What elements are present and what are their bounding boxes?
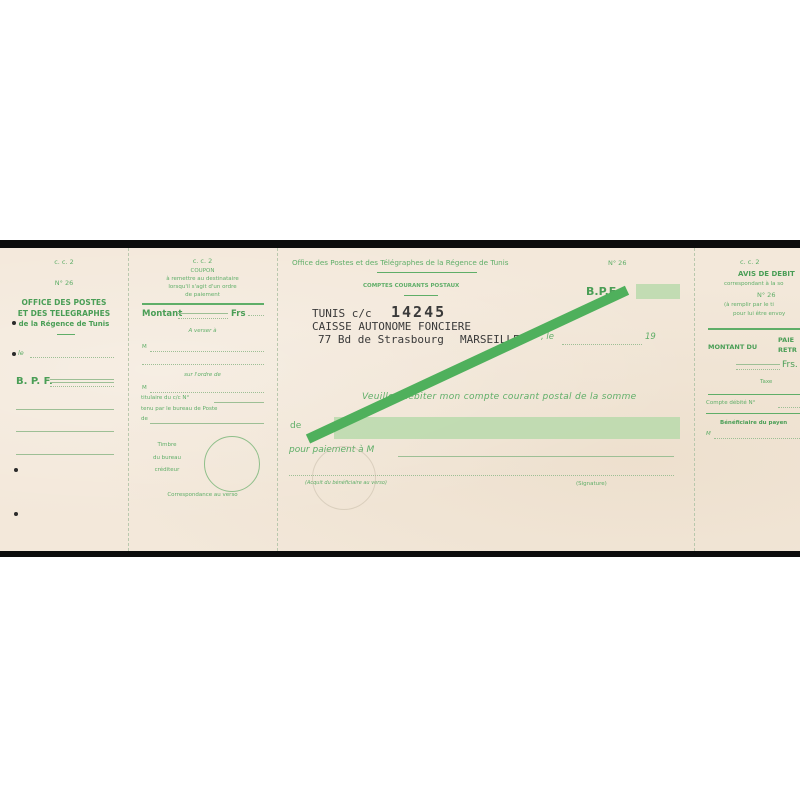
- avis-montant-opt1: PAIE: [778, 336, 794, 344]
- payee-field[interactable]: [398, 456, 674, 457]
- avis-taxe-label: Taxe: [760, 379, 772, 385]
- stub-title-rule: [57, 334, 75, 335]
- coupon-payee-field-2[interactable]: [142, 364, 264, 365]
- avis-frs-label: Frs.: [782, 360, 798, 370]
- coupon-desc-1: à remettre au destinataire: [128, 276, 277, 282]
- avis-desc-3: pour lui être envoy: [733, 311, 785, 317]
- avis-title: AVIS DE DEBIT: [738, 270, 795, 278]
- stub-bpf-rule: [50, 379, 114, 380]
- main-de-label: de: [290, 421, 301, 431]
- signature-label[interactable]: (Signature): [576, 481, 607, 487]
- holder-name: CAISSE AUTONOME FONCIERE: [312, 320, 471, 333]
- stamp-circle: [204, 436, 260, 492]
- amount-in-words-field[interactable]: [334, 417, 680, 439]
- main-header-rule: [377, 272, 477, 273]
- stub-date-field[interactable]: [30, 357, 114, 358]
- avis-montant-opt2: RETR: [778, 346, 797, 354]
- stub-title-3: de la Régence de Tunis: [0, 320, 128, 328]
- coupon-ordre-label: sur l'ordre de: [128, 372, 277, 378]
- account-prefix: TUNIS c/c: [312, 307, 372, 320]
- coupon-office-field[interactable]: [150, 423, 264, 424]
- stub-le-label: le: [18, 349, 24, 357]
- avis-rule-2: [708, 394, 800, 395]
- stub-amount-field[interactable]: [50, 386, 114, 387]
- coupon-m-label-2: M: [142, 385, 147, 391]
- avis-compte-label: Compte débité N°: [706, 400, 755, 406]
- binder-hole: [14, 468, 18, 472]
- main-subheader-rule: [404, 295, 438, 296]
- stub-blank-line[interactable]: [16, 409, 114, 410]
- perforation-3: [694, 248, 695, 551]
- main-bpf-amount-box[interactable]: [636, 284, 680, 299]
- perforation-2: [277, 248, 278, 551]
- avis-number: N° 26: [757, 291, 775, 299]
- main-subheader: COMPTES COURANTS POSTAUX: [363, 283, 459, 289]
- bottom-border: [0, 551, 800, 557]
- avis-beneficiary-field[interactable]: [714, 438, 800, 439]
- avis-amount-field[interactable]: [736, 369, 780, 370]
- stub-code: c. c. 2: [0, 258, 128, 266]
- avis-rule: [708, 328, 800, 330]
- avis-beneficiaire-label: Bénéficiaire du payen: [720, 420, 787, 426]
- avis-rule-3: [706, 413, 800, 414]
- coupon-desc-2: lorsqu'il s'agit d'un ordre: [128, 284, 277, 290]
- stub-title-2: ET DES TELEGRAPHES: [0, 309, 128, 318]
- coupon-cents-field[interactable]: [248, 315, 264, 316]
- coupon-account-field[interactable]: [214, 402, 264, 403]
- stub-bpf-label: B. P. F.: [16, 376, 53, 387]
- coupon-correspondance: Correspondance au verso: [128, 492, 277, 498]
- coupon-timbre-1: Timbre: [140, 442, 194, 448]
- coupon-rule: [142, 303, 264, 305]
- coupon-drawer-field[interactable]: [150, 392, 264, 393]
- coupon-de-label: de: [141, 416, 148, 422]
- main-year-prefix: 19: [645, 332, 656, 342]
- coupon-timbre-2: du bureau: [140, 455, 194, 461]
- stub-bpf-rule: [50, 382, 114, 383]
- coupon-montant-label: Montant: [142, 309, 182, 319]
- coupon-payee-field[interactable]: [150, 351, 264, 352]
- avis-code: c. c. 2: [740, 258, 760, 266]
- main-number: N° 26: [608, 259, 626, 267]
- avis-desc-1: correspondant à la so: [724, 281, 784, 287]
- stub-title-1: OFFICE DES POSTES: [0, 298, 128, 307]
- avis-montant-label: MONTANT DU: [708, 343, 757, 351]
- coupon-m-label: M: [142, 344, 147, 350]
- coupon-tenu-label: tenu par le bureau de Poste: [141, 406, 217, 412]
- binder-hole: [14, 512, 18, 516]
- postal-cheque-form: c. c. 2 N° 26 OFFICE DES POSTES ET DES T…: [0, 248, 800, 551]
- stub-number: N° 26: [0, 279, 128, 287]
- stub-blank-line[interactable]: [16, 431, 114, 432]
- coupon-amount-field[interactable]: [178, 318, 228, 319]
- coupon-timbre-3: créditeur: [140, 467, 194, 473]
- embossed-seal: [312, 446, 376, 510]
- coupon-code: c. c. 2: [128, 257, 277, 265]
- binder-hole: [12, 352, 16, 356]
- coupon-titulaire-label: titulaire du c/c N°: [141, 395, 189, 401]
- account-number: 14245: [391, 303, 446, 321]
- avis-amount-rule: [736, 364, 780, 365]
- holder-address: 77 Bd de Strasbourg: [318, 333, 444, 346]
- avis-account-field[interactable]: [778, 407, 800, 408]
- coupon-desc-3: de paiement: [128, 292, 277, 298]
- coupon-montant-rule: [178, 313, 228, 314]
- avis-desc-2: (à remplir par le ti: [724, 302, 774, 308]
- main-date-field[interactable]: [562, 344, 642, 345]
- coupon-title: COUPON: [128, 268, 277, 274]
- avis-m-label: M: [706, 431, 711, 437]
- stub-blank-line[interactable]: [16, 454, 114, 455]
- main-header: Office des Postes et des Télégraphes de …: [292, 258, 508, 267]
- coupon-frs-label: Frs: [231, 309, 246, 319]
- coupon-verser-label: A verser à: [128, 328, 277, 334]
- top-border: [0, 240, 800, 248]
